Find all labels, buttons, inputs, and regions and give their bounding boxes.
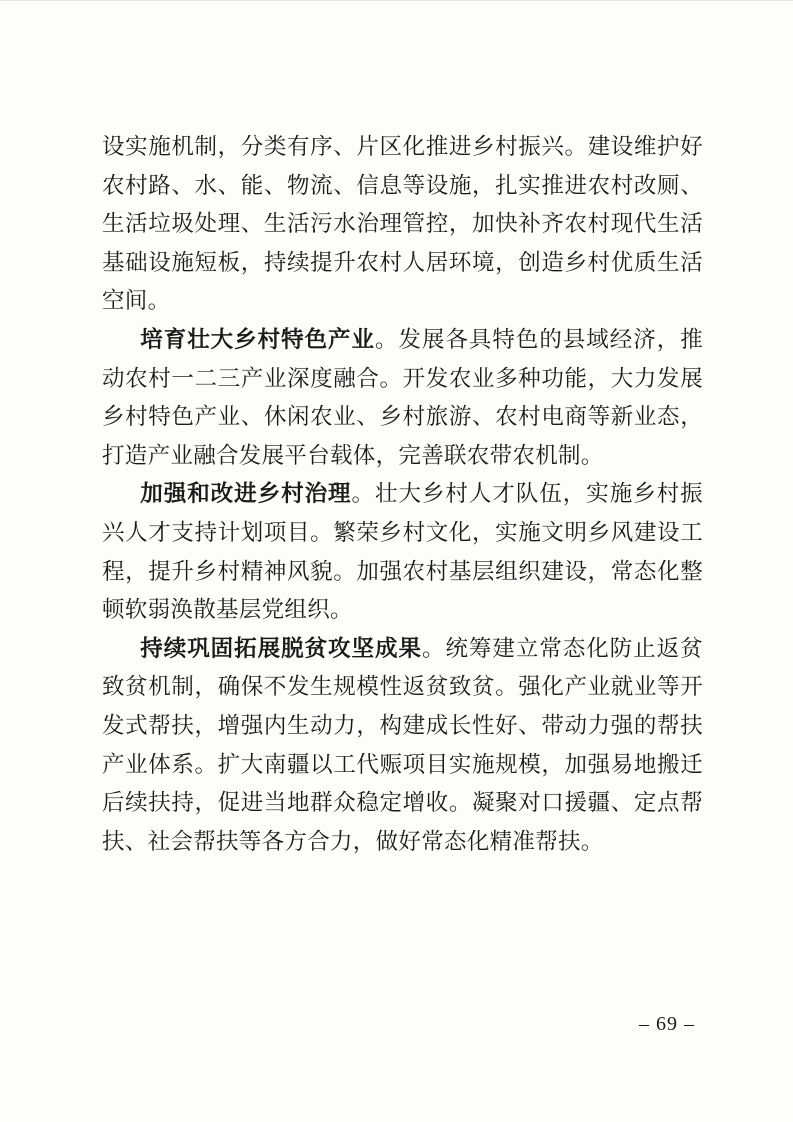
paragraph-lead: 加强和改进乡村治理 xyxy=(140,481,351,506)
document-page: 设实施机制，分类有序、片区化推进乡村振兴。建设维护好农村路、水、能、物流、信息等… xyxy=(0,0,793,1122)
document-body: 设实施机制，分类有序、片区化推进乡村振兴。建设维护好农村路、水、能、物流、信息等… xyxy=(102,128,703,861)
paragraph-industry: 培育壮大乡村特色产业。发展各具特色的县域经济，推动农村一二三产业深度融合。开发农… xyxy=(102,321,703,475)
paragraph-governance: 加强和改进乡村治理。壮大乡村人才队伍，实施乡村振兴人才支持计划项目。繁荣乡村文化… xyxy=(102,475,703,629)
page-number: – 69 – xyxy=(639,1013,703,1035)
paragraph-text: 。统筹建立常态化防止返贫致贫机制，确保不发生规模性返贫致贫。强化产业就业等开发式… xyxy=(102,636,703,854)
page-footer: – 69 – xyxy=(102,1013,703,1036)
scan-edge xyxy=(0,0,793,1)
paragraph-text: 设实施机制，分类有序、片区化推进乡村振兴。建设维护好农村路、水、能、物流、信息等… xyxy=(102,134,703,313)
paragraph-lead: 持续巩固拓展脱贫攻坚成果 xyxy=(140,636,422,661)
paragraph-continuation: 设实施机制，分类有序、片区化推进乡村振兴。建设维护好农村路、水、能、物流、信息等… xyxy=(102,128,703,321)
paragraph-lead: 培育壮大乡村特色产业 xyxy=(140,327,375,352)
paragraph-poverty-alleviation: 持续巩固拓展脱贫攻坚成果。统筹建立常态化防止返贫致贫机制，确保不发生规模性返贫致… xyxy=(102,630,703,862)
